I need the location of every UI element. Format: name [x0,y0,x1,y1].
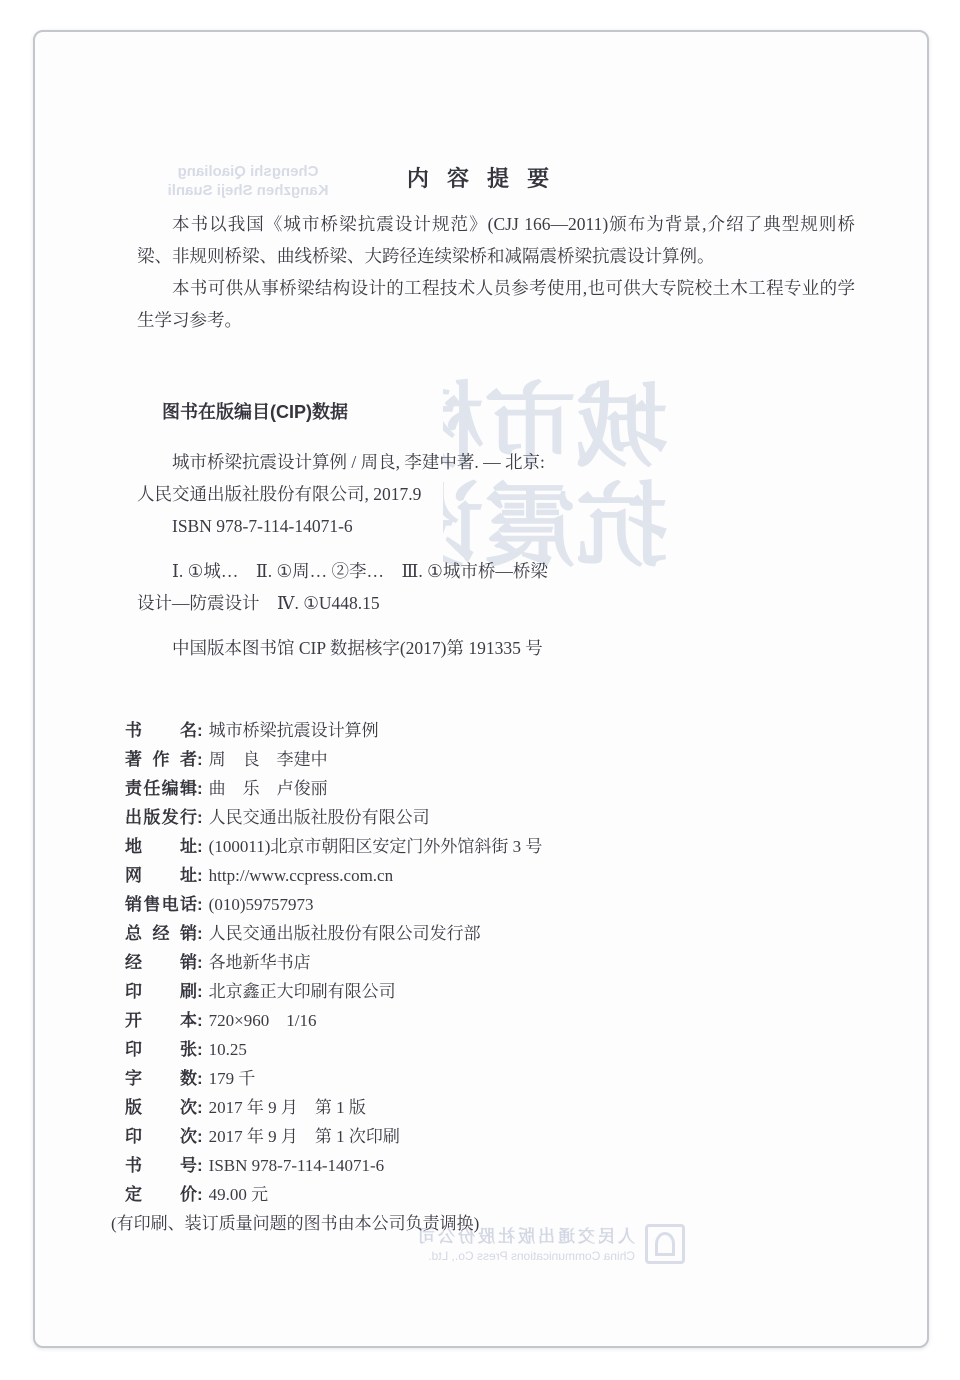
pub-value: 2017 年 9 月 第 1 次印刷 [209,1127,400,1146]
cip-line-classification-2: 设计—防震设计 Ⅳ. ①U448.15 [137,587,855,619]
pub-row-printer: 印刷:北京鑫正大印刷有限公司 [125,977,867,1006]
pub-value-price: 49.00 元 [209,1185,269,1204]
cip-line-classification-1: Ⅰ. ①城… Ⅱ. ①周… ②李… Ⅲ. ①城市桥—桥梁 [137,555,855,587]
cip-heading: 图书在版编目(CIP)数据 [162,398,348,424]
pub-label: 字数 [125,1064,197,1093]
pub-label: 经销 [125,948,197,977]
pub-label: 销售电话 [125,890,197,919]
cip-line-title-authors: 城市桥梁抗震设计算例 / 周良, 李建中著. — 北京: [137,446,855,478]
pub-value: 10.25 [209,1040,247,1059]
cip-line-record-number: 中国版本图书馆 CIP 数据核字(2017)第 191335 号 [137,632,855,664]
pub-row-book-number: 书号:ISBN 978-7-114-14071-6 [125,1151,867,1180]
cip-data-block: 城市桥梁抗震设计算例 / 周良, 李建中著. — 北京: 人民交通出版社股份有限… [137,446,855,664]
pub-row-format: 开本:720×960 1/16 [125,1006,867,1035]
pub-label: 地址 [125,832,197,861]
pub-value: 人民交通出版社股份有限公司发行部 [209,924,481,943]
pub-value: 720×960 1/16 [209,1011,317,1030]
summary-section: 本书以我国《城市桥梁抗震设计规范》(CJJ 166—2011)颁布为背景,介绍了… [137,208,855,336]
pub-row-book-title: 书名:城市桥梁抗震设计算例 [125,716,867,745]
pub-label: 出版发行 [125,803,197,832]
pub-label: 总经销 [125,919,197,948]
pub-label: 书名 [125,716,197,745]
pub-value: 179 千 [209,1069,256,1088]
pub-label: 著作者 [125,745,197,774]
pub-value: (100011)北京市朝阳区安定门外外馆斜街 3 号 [209,837,543,856]
pub-label: 网址 [125,861,197,890]
summary-paragraph-2: 本书可供从事桥梁结构设计的工程技术人员参考使用,也可供大专院校土木工程专业的学生… [137,272,855,336]
pub-row-authors: 著作者:周 良 李建中 [125,745,867,774]
pub-row-word-count: 字数:179 千 [125,1064,867,1093]
pub-value: 人民交通出版社股份有限公司 [209,808,430,827]
pub-value: 北京鑫正大印刷有限公司 [209,982,396,1001]
pub-row-impression: 印次:2017 年 9 月 第 1 次印刷 [125,1122,867,1151]
cip-line-isbn: ISBN 978-7-114-14071-6 [137,510,855,542]
pub-value: (010)59757973 [209,895,314,914]
summary-title: 内 容 提 要 [35,162,927,193]
pub-value: 城市桥梁抗震设计算例 [209,721,379,740]
bleedthrough-publisher-en: China Communications Press Co., Ltd. [428,1249,635,1263]
publication-details-list: 书名:城市桥梁抗震设计算例 著作者:周 良 李建中 责任编辑:曲 乐 卢俊丽 出… [125,716,867,1238]
pub-row-edition: 版次:2017 年 9 月 第 1 版 [125,1093,867,1122]
pub-row-editors: 责任编辑:曲 乐 卢俊丽 [125,774,867,803]
pub-label: 开本 [125,1006,197,1035]
pub-value: 曲 乐 卢俊丽 [209,779,328,798]
pub-row-publisher: 出版发行:人民交通出版社股份有限公司 [125,803,867,832]
pub-value-isbn: ISBN 978-7-114-14071-6 [209,1156,385,1175]
pub-label: 责任编辑 [125,774,197,803]
pub-row-address: 地址:(100011)北京市朝阳区安定门外外馆斜街 3 号 [125,832,867,861]
pub-label: 版次 [125,1093,197,1122]
pub-row-sheets: 印张:10.25 [125,1035,867,1064]
pub-row-distributor: 经销:各地新华书店 [125,948,867,977]
pub-label: 印次 [125,1122,197,1151]
pub-label: 书号 [125,1151,197,1180]
pub-label: 印刷 [125,977,197,1006]
pub-value: 2017 年 9 月 第 1 版 [209,1098,366,1117]
pub-row-website: 网址:http://www.ccpress.com.cn [125,861,867,890]
pub-label: 定价 [125,1180,197,1209]
quality-replacement-note: (有印刷、装订质量问题的图书由本公司负责调换) [111,1209,867,1238]
pub-value: 各地新华书店 [209,953,311,972]
cip-line-publisher: 人民交通出版社股份有限公司, 2017.9 [137,478,855,510]
pub-row-price: 定价:49.00 元 [125,1180,867,1209]
pub-label: 印张 [125,1035,197,1064]
book-copyright-page: Chengshi Qiaoliang Kangzhen Sheji Suanli… [33,30,929,1348]
pub-value: 周 良 李建中 [209,750,328,769]
summary-paragraph-1: 本书以我国《城市桥梁抗震设计规范》(CJJ 166—2011)颁布为背景,介绍了… [137,208,855,272]
pub-value-website-url: http://www.ccpress.com.cn [209,866,393,885]
pub-row-general-distributor: 总经销:人民交通出版社股份有限公司发行部 [125,919,867,948]
pub-row-sales-phone: 销售电话:(010)59757973 [125,890,867,919]
